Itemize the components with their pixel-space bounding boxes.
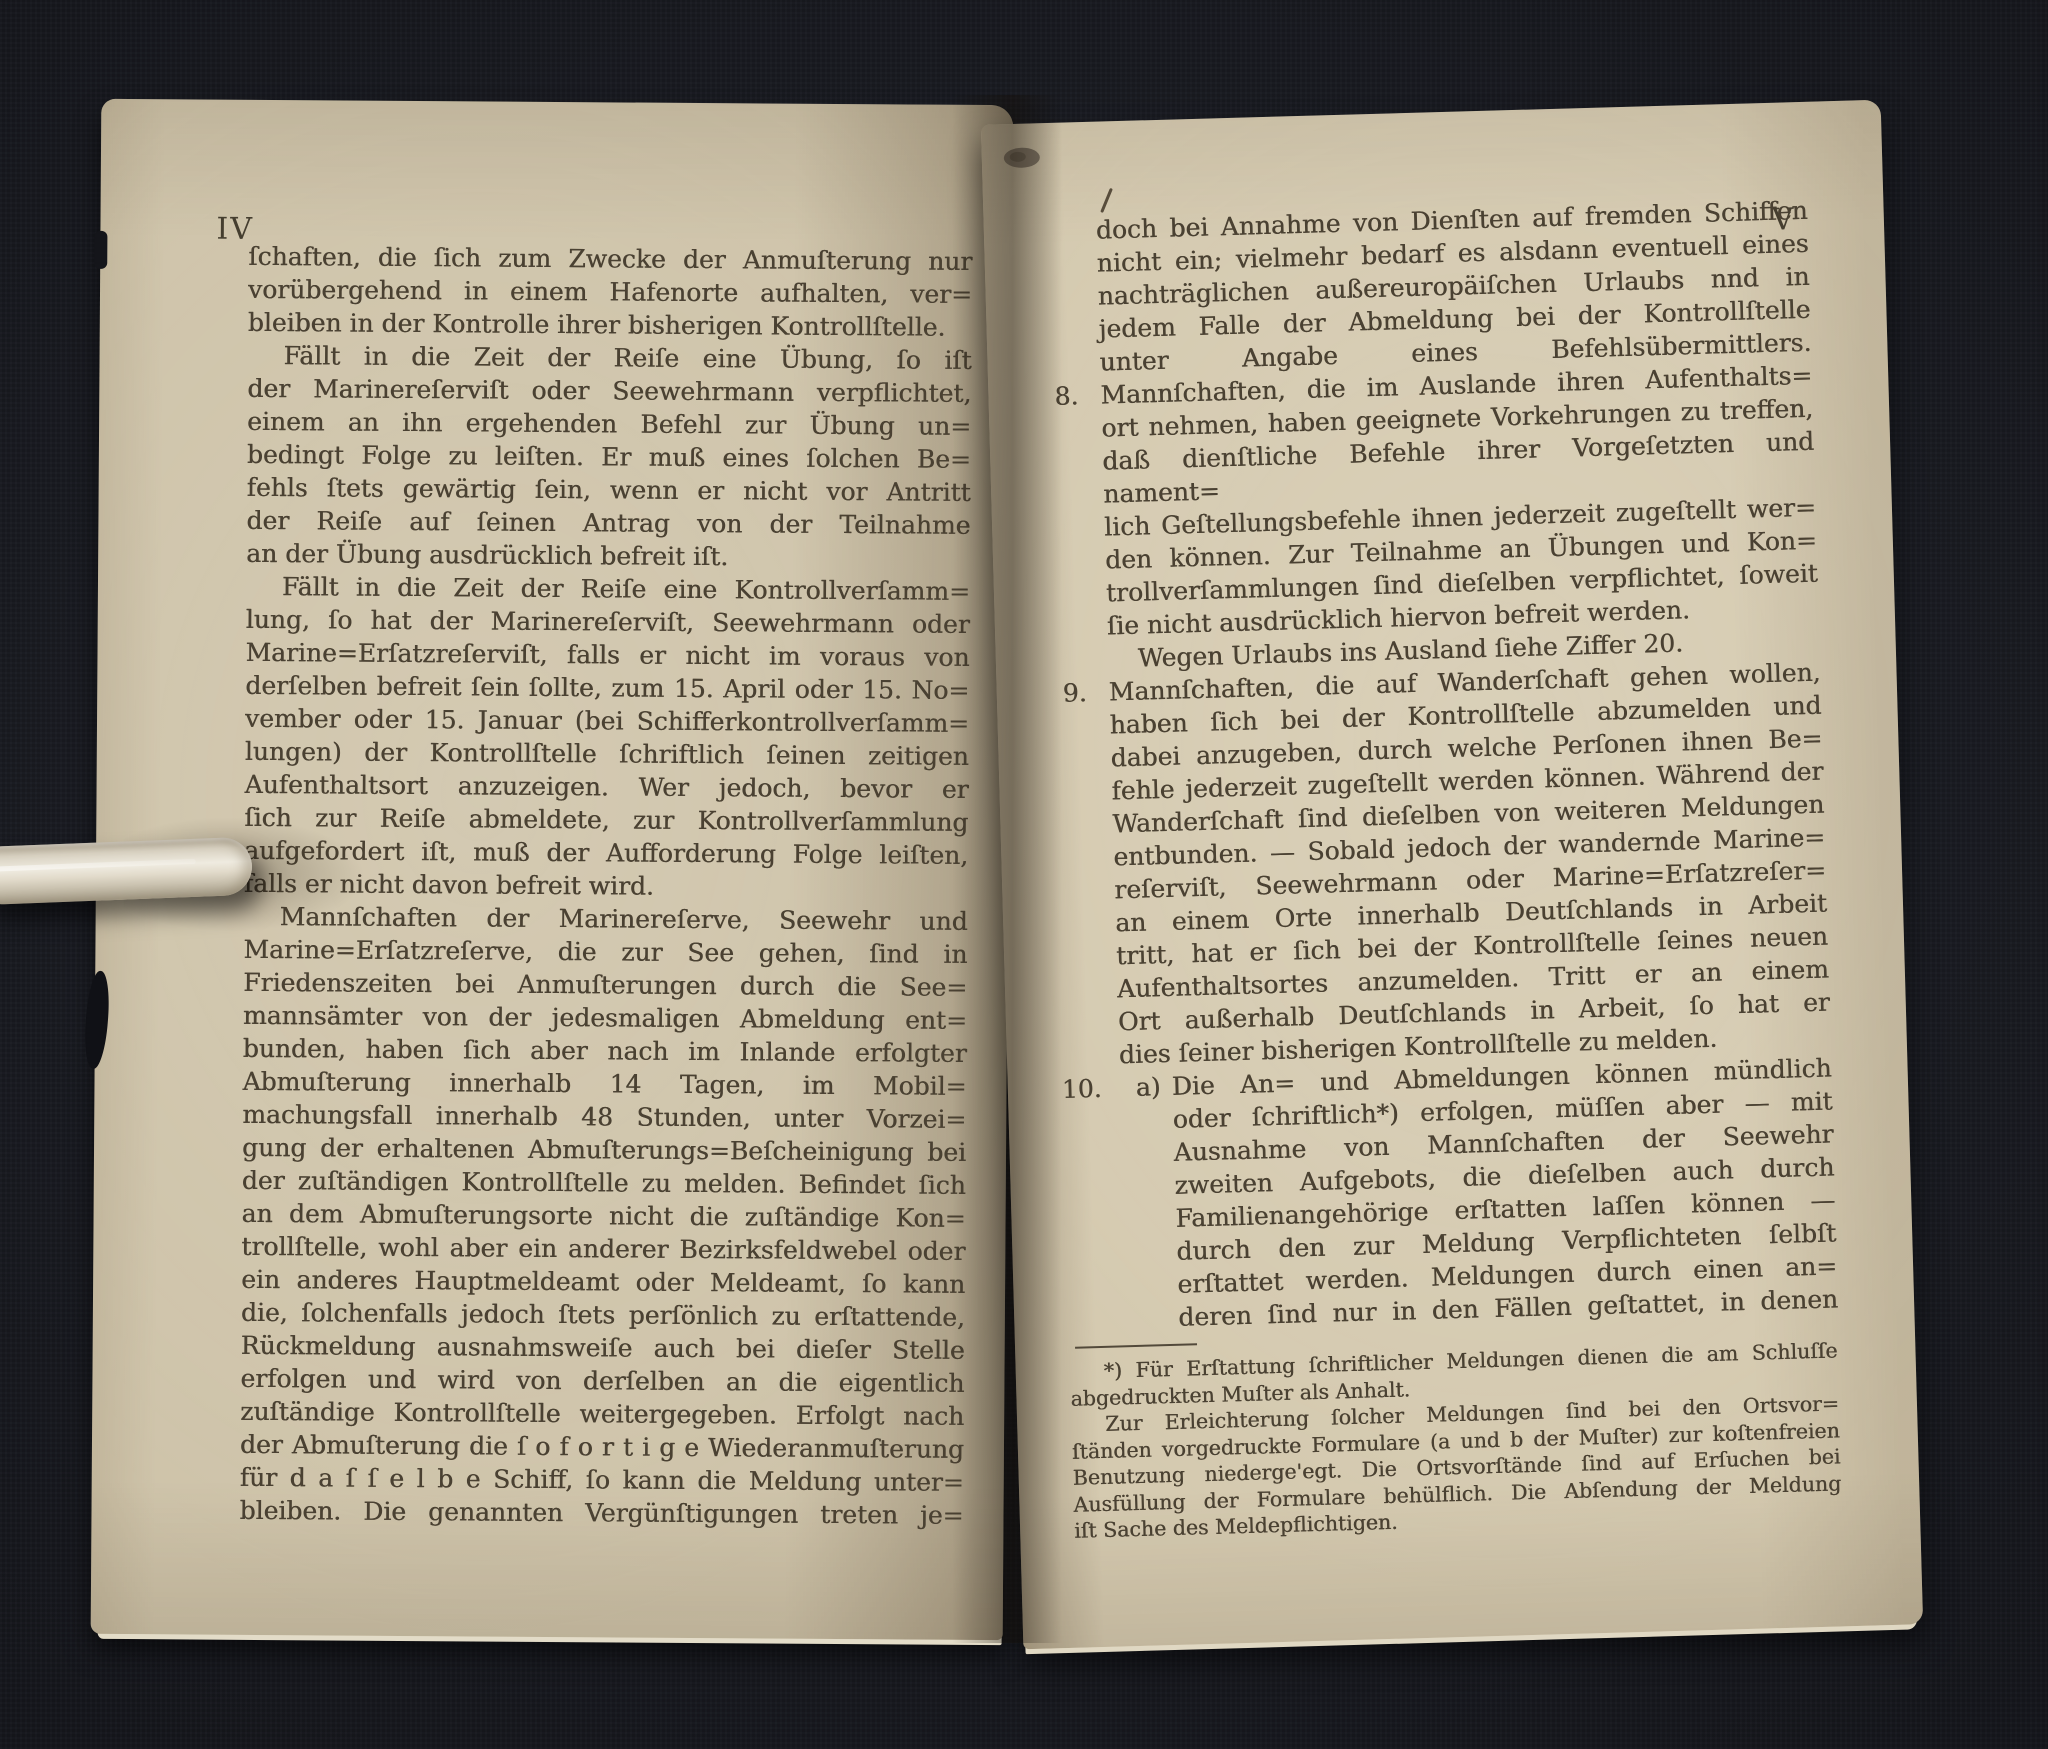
text-line: Fällt in die Zeit der Reiſe eine Kontrol… <box>246 570 970 608</box>
item-number: 10. <box>1061 1072 1102 1106</box>
footnote-paragraph: Zur Erleichterung ſolcher Meldungen ſind… <box>1071 1390 1842 1544</box>
text-line: für d a ſ ſ e l b e Schiff, ſo kann die … <box>240 1461 964 1499</box>
text-line: derſelben befreit ſein ſollte, zum 15. A… <box>245 669 969 707</box>
photo-of-open-booklet: IV ſchaften, die ſich zum Zwecke der Anm… <box>0 0 2048 1749</box>
text-line: fehls ſtets gewärtig ſein, wenn er nicht… <box>247 471 971 509</box>
text-line: Marine=Erſatzreſerve, die zur See gehen,… <box>243 933 967 971</box>
text-line: machungsfall innerhalb 48 Stunden, unter… <box>242 1098 966 1136</box>
text-line: lungen) der Kontrollſtelle ſchriftlich ſ… <box>245 735 969 773</box>
list-item-9: 9. Mannſchaften, die auf Wanderſchaft ge… <box>1108 656 1831 1072</box>
footnote-rule <box>1075 1343 1197 1348</box>
text-line: die, ſolchenfalls jedoch ſtets perſönlic… <box>241 1296 965 1334</box>
paragraph: ſchaften, die ſich zum Zwecke der Anmuſt… <box>248 240 973 344</box>
text-line: bleiben. Die genannten Vergünſtigungen t… <box>239 1494 963 1532</box>
item-text: Mannſchaften, die auf Wanderſchaft gehen… <box>1108 656 1831 1072</box>
item-number: 8. <box>1054 379 1079 413</box>
text-line: der Reiſe auf ſeinen Antrag von der Teil… <box>246 504 970 542</box>
text-line: lung, ſo hat der Marinereſerviſt, Seeweh… <box>246 603 970 641</box>
text-line: bleiben in der Kontrolle ihrer bisherige… <box>248 306 972 344</box>
text-line: zuſtändige Kontrollſtelle weitergegeben.… <box>240 1395 964 1433</box>
text-line: bedingt Folge zu leiſten. Er muß eines ſ… <box>247 438 971 476</box>
text-line: der zuſtändigen Kontrollſtelle zu melden… <box>242 1164 966 1202</box>
text-line: vember oder 15. Januar (bei Schifferkont… <box>245 702 969 740</box>
text-line: gung der erhaltenen Abmuſterungs=Beſchei… <box>242 1131 966 1169</box>
text-line: Friedenszeiten bei Anmuſterungen durch d… <box>243 966 967 1004</box>
item-text: Die An= und Abmeldungen können mündlicho… <box>1171 1051 1838 1333</box>
list-item-8: 8. Mannſchaften, die im Auslande ihren A… <box>1100 359 1819 643</box>
paragraph: Fällt in die Zeit der Reiſe eine Übung, … <box>246 339 972 575</box>
ink-mark <box>1100 188 1113 213</box>
item-text: Mannſchaften, die im Auslande ihren Aufe… <box>1100 359 1819 643</box>
paragraph-continuation: doch bei Annahme von Dienſten auf fremde… <box>1095 194 1811 379</box>
text-line: bunden, haben ſich aber nach im Inlande … <box>243 1032 967 1070</box>
text-line: vorübergehend in einem Hafenorte aufhalt… <box>248 273 972 311</box>
footnote: *) Für Erſtattung ſchriftlicher Meldunge… <box>1069 1325 1842 1544</box>
sub-item-label: a) <box>1135 1070 1161 1104</box>
text-line: der Marinereſerviſt oder Seewehrmann ver… <box>247 372 971 410</box>
text-line: der Abmuſterung die ſ o f o r t i g e Wi… <box>240 1428 964 1466</box>
wooden-pointer-stick <box>0 837 253 906</box>
text-line: erfolgen und wird von derſelben an die e… <box>240 1362 964 1400</box>
right-page: V doch bei Annahme von Dienſten auf frem… <box>981 100 1923 1650</box>
text-line: ſchaften, die ſich zum Zwecke der Anmuſt… <box>248 240 972 278</box>
text-line: Fällt in die Zeit der Reiſe eine Übung, … <box>247 339 971 377</box>
text-line: Rückmeldung ausnahmsweiſe auch bei dieſe… <box>241 1329 965 1367</box>
torn-edge-notch <box>94 231 107 269</box>
text-line: an dem Abmuſterungsorte nicht die zuſtän… <box>241 1197 965 1235</box>
text-line: einem an ihn ergehenden Befehl zur Übung… <box>247 405 971 443</box>
text-line: mannsämter von der jedesmaligen Abmeldun… <box>243 999 967 1037</box>
list-item-10: 10. a) Die An= und Abmeldungen können mü… <box>1171 1051 1838 1333</box>
text-line: Aufenthaltsort anzuzeigen. Wer jedoch, b… <box>244 768 968 806</box>
paragraph: Mannſchaften der Marinereſerve, Seewehr … <box>239 900 967 1532</box>
text-line: ein anderes Hauptmeldeamt oder Meldeamt,… <box>241 1263 965 1301</box>
gutter-stain <box>1004 147 1041 168</box>
text-line: trollſtelle, wohl aber ein anderer Bezir… <box>241 1230 965 1268</box>
item-number: 9. <box>1062 676 1087 710</box>
text-line: Abmuſterung innerhalb 14 Tagen, im Mobil… <box>242 1065 966 1103</box>
text-line: Marine=Erſatzreſerviſt, falls er nicht i… <box>245 636 969 674</box>
text-line: an der Übung ausdrücklich befreit iſt. <box>246 537 970 575</box>
right-page-text: doch bei Annahme von Dienſten auf fremde… <box>1095 194 1844 1543</box>
